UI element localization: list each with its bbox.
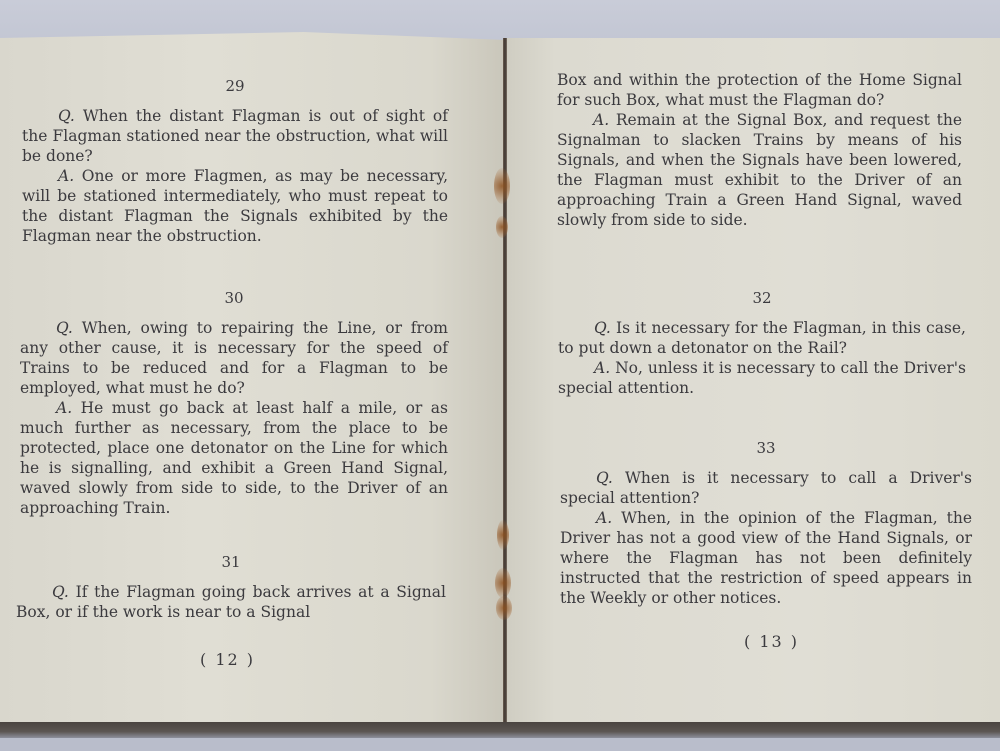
rust-stain — [497, 520, 509, 550]
question: Q. When is it necessary to call a Driver… — [560, 468, 972, 508]
answer: A. Remain at the Signal Box, and request… — [557, 110, 962, 230]
rule-number: 30 — [20, 288, 448, 308]
open-booklet: 29 Q. When the distant Flagman is out of… — [0, 0, 1000, 751]
rule-number: 33 — [560, 438, 972, 458]
page-number-right: ( 13 ) — [744, 632, 799, 651]
rust-stain — [496, 596, 512, 620]
rule-30: 30 Q. When, owing to repairing the Line,… — [20, 288, 448, 518]
question: Q. When, owing to repairing the Line, or… — [20, 318, 448, 398]
answer: A. One or more Flagmen, as may be necess… — [22, 166, 448, 246]
question: Q. When the distant Flagman is out of si… — [22, 106, 448, 166]
question-continued: Box and within the protection of the Hom… — [557, 70, 962, 110]
answer: A. No, unless it is necessary to call th… — [558, 358, 966, 398]
rule-number: 31 — [16, 552, 446, 572]
answer: A. He must go back at least half a mile,… — [20, 398, 448, 518]
rule-number: 29 — [22, 76, 448, 96]
rule-29: 29 Q. When the distant Flagman is out of… — [22, 76, 448, 246]
rule-number: 32 — [558, 288, 966, 308]
question: Q. If the Flagman going back arrives at … — [16, 582, 446, 622]
rule-31-continued: Box and within the protection of the Hom… — [557, 70, 962, 230]
rule-32: 32 Q. Is it necessary for the Flagman, i… — [558, 288, 966, 398]
rust-stain — [495, 568, 511, 598]
rust-stain — [496, 216, 508, 238]
rust-stain — [494, 168, 510, 204]
rule-33: 33 Q. When is it necessary to call a Dri… — [560, 438, 972, 608]
page-bottom-edge — [0, 722, 1000, 738]
rule-31: 31 Q. If the Flagman going back arrives … — [16, 552, 446, 622]
answer: A. When, in the opinion of the Flagman, … — [560, 508, 972, 608]
question: Q. Is it necessary for the Flagman, in t… — [558, 318, 966, 358]
page-number-left: ( 12 ) — [200, 650, 255, 669]
book-spine — [503, 38, 507, 724]
